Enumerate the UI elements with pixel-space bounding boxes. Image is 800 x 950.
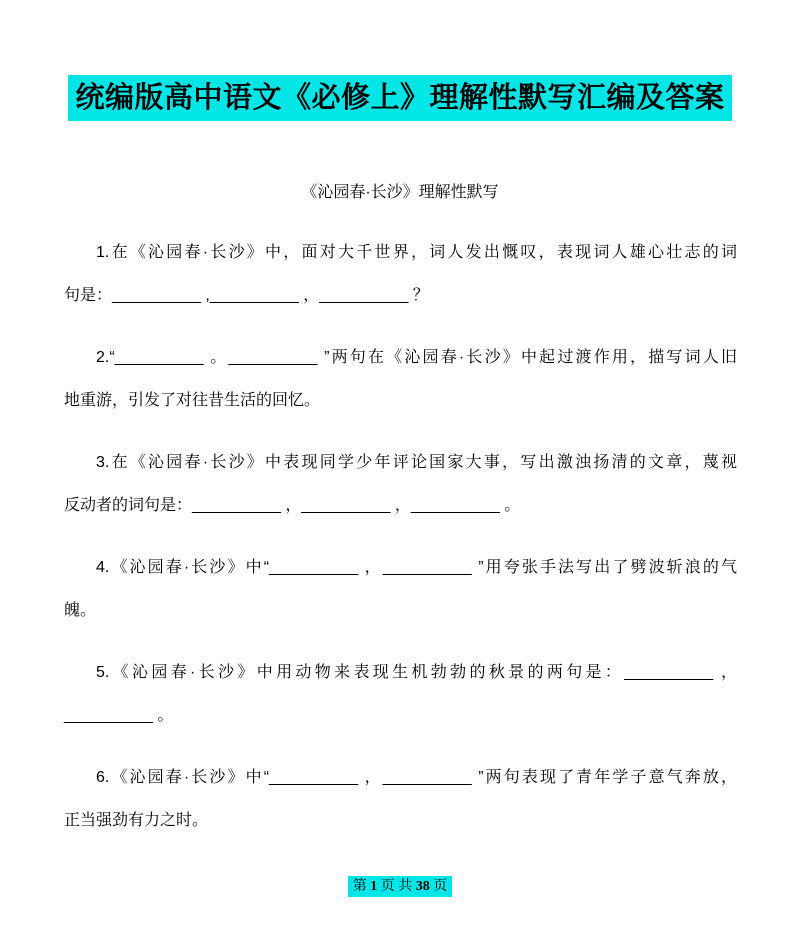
footer-row: 第 1 页 共 38 页 [0,876,800,897]
footer-infix-label: 页 共 [377,879,416,894]
question-6: 6.《沁园春·长沙》中“__________ ，__________ ”两句表现… [64,756,737,842]
question-2: 2.“__________ 。__________ ”两句在《沁园春·长沙》中起… [64,336,737,422]
footer-suffix-label: 页 [430,879,448,894]
question-1-line-1: 1.在《沁园春·长沙》中，面对大千世界，词人发出慨叹，表现词人雄心壮志的词 [64,231,737,274]
question-list: 1.在《沁园春·长沙》中，面对大千世界，词人发出慨叹，表现词人雄心壮志的词句是：… [64,231,737,842]
question-6-line-1: 6.《沁园春·长沙》中“__________ ，__________ ”两句表现… [64,756,737,799]
question-2-line-1: 2.“__________ 。__________ ”两句在《沁园春·长沙》中起… [64,336,737,379]
title-row: 统编版高中语文《必修上》理解性默写汇编及答案 [0,0,800,121]
question-6-line-2: 正当强劲有力之时。 [64,799,737,842]
question-3-line-2: 反动者的词句是：__________ ，__________ ，________… [64,484,737,527]
question-5-line-2: __________ 。 [64,694,737,737]
question-2-line-2: 地重游，引发了对往昔生活的回忆。 [64,379,737,422]
question-4-line-1: 4.《沁园春·长沙》中“__________ ，__________ ”用夸张手… [64,546,737,589]
section-title: 《沁园春·长沙》理解性默写 [0,182,800,204]
document-page: 统编版高中语文《必修上》理解性默写汇编及答案 《沁园春·长沙》理解性默写 1.在… [0,0,800,950]
question-4: 4.《沁园春·长沙》中“__________ ，__________ ”用夸张手… [64,546,737,632]
question-5-line-1: 5.《沁园春·长沙》中用动物来表现生机勃勃的秋景的两句是：__________ … [64,651,737,694]
question-3: 3.在《沁园春·长沙》中表现同学少年评论国家大事，写出激浊扬清的文章，蔑视反动者… [64,441,737,527]
question-4-line-2: 魄。 [64,589,737,632]
question-1: 1.在《沁园春·长沙》中，面对大千世界，词人发出慨叹，表现词人雄心壮志的词句是：… [64,231,737,317]
question-1-line-2: 句是：__________ ,__________ ，__________ ？ [64,274,737,317]
question-3-line-1: 3.在《沁园春·长沙》中表现同学少年评论国家大事，写出激浊扬清的文章，蔑视 [64,441,737,484]
footer-prefix-label: 第 [353,879,371,894]
total-page-number: 38 [416,879,430,894]
document-title: 统编版高中语文《必修上》理解性默写汇编及答案 [68,75,731,121]
page-number-badge: 第 1 页 共 38 页 [348,876,453,897]
question-5: 5.《沁园春·长沙》中用动物来表现生机勃勃的秋景的两句是：__________ … [64,651,737,737]
